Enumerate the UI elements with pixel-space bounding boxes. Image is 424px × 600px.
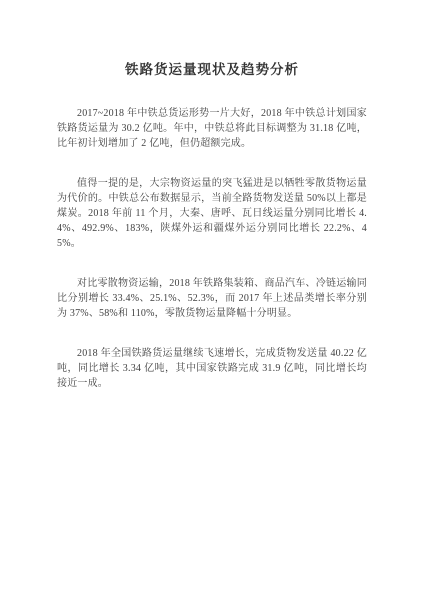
paragraph-scattered-cargo-comparison: 对比零散物资运输，2018 年铁路集装箱、商品汽车、冷链运输同比分别增长 33.…: [57, 276, 367, 321]
paragraph-freight-plan: 2017~2018 年中铁总货运形势一片大好，2018 年中铁总计划国家铁路货运…: [57, 106, 367, 151]
document-page: 铁路货运量现状及趋势分析 2017~2018 年中铁总货运形势一片大好，2018…: [0, 0, 424, 600]
paragraph-bulk-coal-growth: 值得一提的是，大宗物资运量的突飞猛进是以牺牲零散货物运量为代价的。中铁总公布数据…: [57, 176, 367, 251]
paragraph-national-total: 2018 年全国铁路货运量继续飞速增长，完成货物发送量 40.22 亿吨，同比增…: [57, 346, 367, 391]
document-title: 铁路货运量现状及趋势分析: [57, 62, 367, 78]
